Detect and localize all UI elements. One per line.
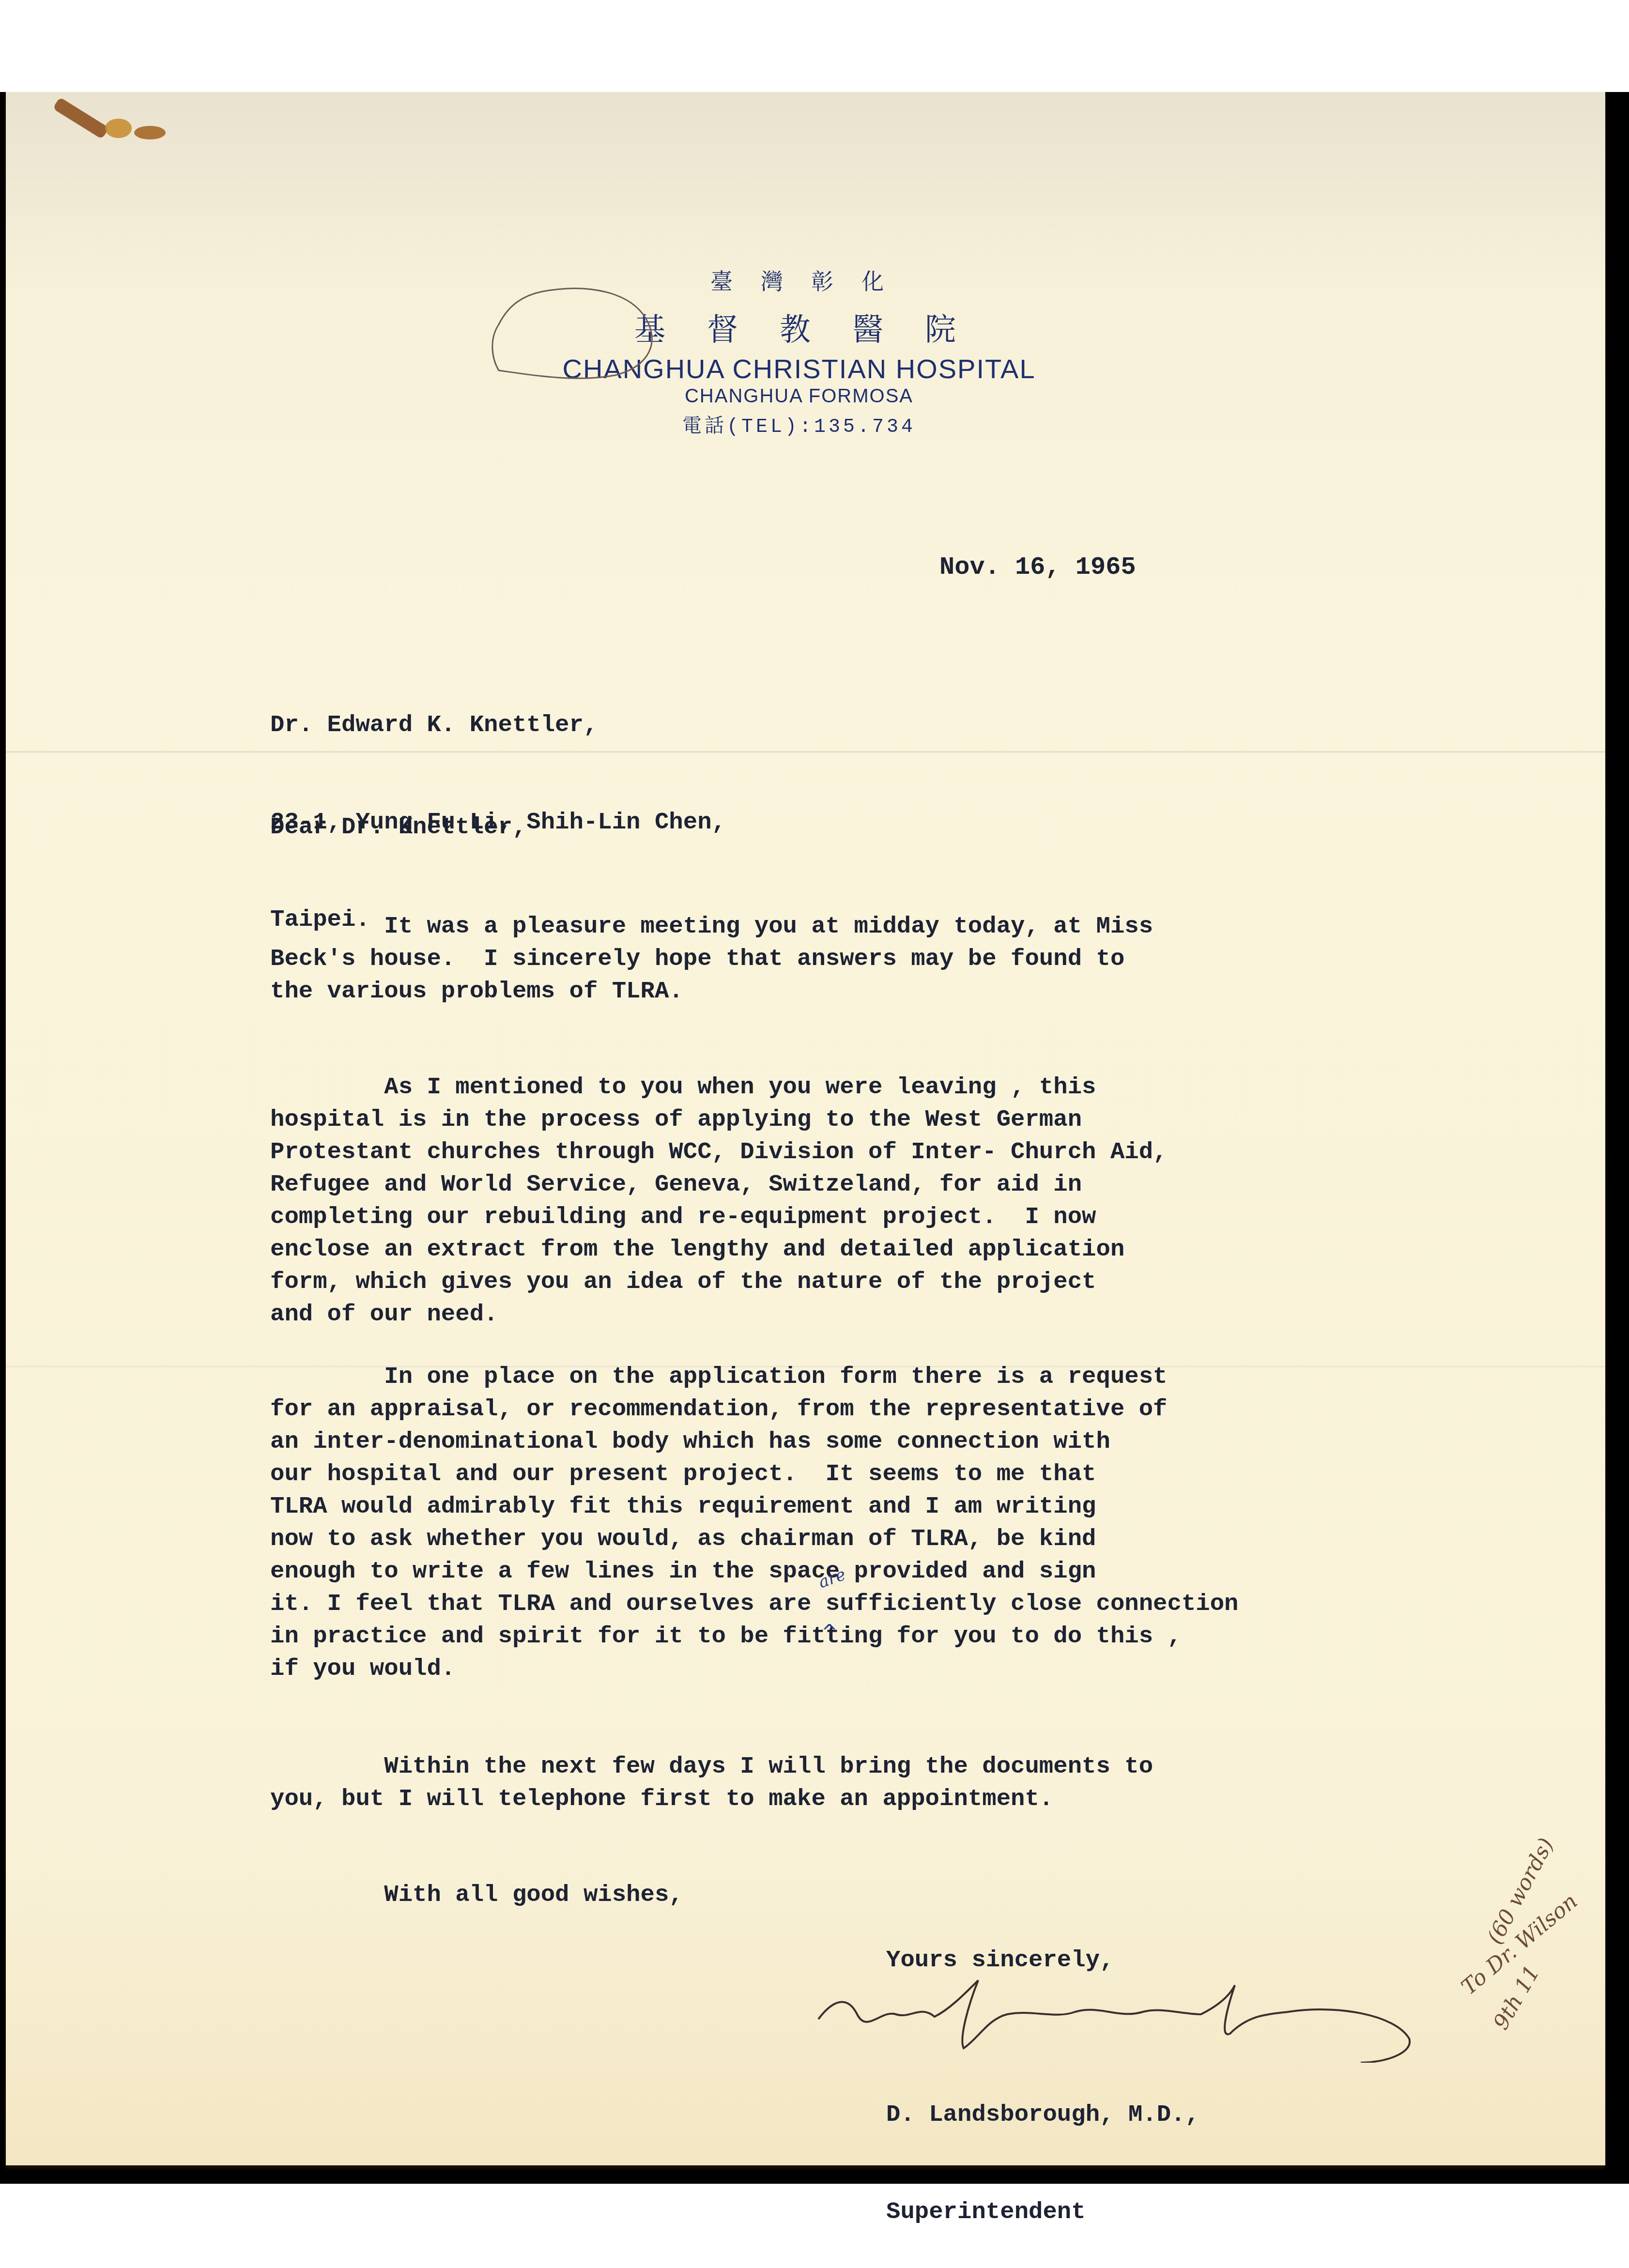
rust-stain-mark xyxy=(53,97,109,139)
sign-off: Yours sincerely, xyxy=(886,1944,1114,1977)
body-paragraph-2: As I mentioned to you when you were leav… xyxy=(270,1071,1168,1331)
letter-date: Nov. 16, 1965 xyxy=(939,551,1136,583)
rust-stain-mark xyxy=(134,126,166,139)
signature-block: D. Landsborough, M.D., Superintendent xyxy=(886,2034,1199,2261)
body-paragraph-3: In one place on the application form the… xyxy=(270,1361,1239,1685)
letterhead: 臺灣彰化 基督教醫院 CHANGHUA CHRISTIAN HOSPITAL C… xyxy=(489,264,1109,438)
closing-line: With all good wishes, xyxy=(270,1879,683,1911)
salutation: Dear Dr. Knettler, xyxy=(270,811,526,843)
recipient-name: Dr. Edward K. Knettler, xyxy=(270,709,726,741)
letterhead-hospital-name: CHANGHUA CHRISTIAN HOSPITAL xyxy=(489,353,1109,384)
body-paragraph-4: Within the next few days I will bring th… xyxy=(270,1750,1153,1815)
body-paragraph-1: It was a pleasure meeting you at midday … xyxy=(270,910,1153,1008)
letterhead-chinese-location: 臺灣彰化 xyxy=(513,264,1109,296)
signer-name: D. Landsborough, M.D., xyxy=(886,2099,1199,2131)
signer-title: Superintendent xyxy=(886,2196,1199,2228)
rust-stain-mark xyxy=(105,119,132,138)
letterhead-chinese-name: 基督教醫院 xyxy=(523,305,1109,349)
letterhead-city: CHANGHUA FORMOSA xyxy=(489,385,1109,407)
letterhead-telephone: 電話(TEL):135.734 xyxy=(489,410,1109,438)
